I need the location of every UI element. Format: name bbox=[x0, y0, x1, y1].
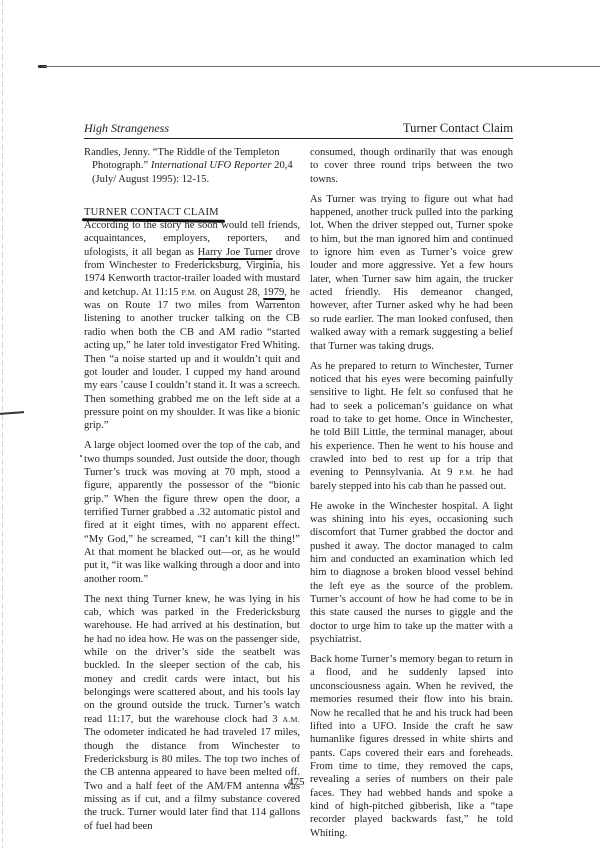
paragraph: A large object loomed over the top of th… bbox=[84, 439, 300, 586]
scan-edge-mark bbox=[2, 0, 3, 848]
paragraph: The next thing Turner knew, he was lying… bbox=[84, 593, 300, 833]
paragraph: Back home Turner’s memory began to retur… bbox=[310, 653, 513, 840]
page-number: 475 bbox=[288, 776, 305, 788]
paragraph: He awoke in the Winchester hospital. A l… bbox=[310, 500, 513, 647]
section-heading-text: TURNER CONTACT CLAIM bbox=[84, 207, 219, 218]
text: on August 28, bbox=[197, 287, 263, 298]
time-abbrev: A.M. bbox=[282, 715, 300, 724]
entry-title: Turner Contact Claim bbox=[403, 121, 513, 136]
left-column: Randles, Jenny. “The Riddle of the Templ… bbox=[84, 146, 300, 840]
paragraph: As Turner was trying to figure out what … bbox=[310, 193, 513, 353]
text: The odometer indicated he had traveled 1… bbox=[84, 727, 300, 831]
margin-pen-mark bbox=[0, 411, 24, 415]
margin-dot bbox=[80, 455, 82, 457]
running-header: High Strangeness Turner Contact Claim bbox=[84, 124, 513, 139]
reference-author: Randles, Jenny. bbox=[84, 147, 150, 158]
underlined-year: 1979 bbox=[263, 287, 284, 298]
text: , he was on Route 17 two miles from Warr… bbox=[84, 287, 300, 431]
underlined-name: Harry Joe Turner bbox=[198, 247, 273, 258]
bibliography-reference: Randles, Jenny. “The Riddle of the Templ… bbox=[84, 146, 300, 186]
paragraph: consumed, though ordinarily that was eno… bbox=[310, 146, 513, 186]
book-title: High Strangeness bbox=[84, 121, 169, 136]
right-column: consumed, though ordinarily that was eno… bbox=[310, 146, 513, 847]
text: The next thing Turner knew, he was lying… bbox=[84, 594, 300, 725]
reference-journal: International UFO Reporter bbox=[151, 160, 272, 171]
paragraph: As he prepared to return to Winchester, … bbox=[310, 360, 513, 493]
scan-top-rule bbox=[44, 66, 600, 67]
time-abbrev: P.M. bbox=[459, 468, 475, 477]
paragraph: According to the story he soon would tel… bbox=[84, 219, 300, 433]
section-heading: TURNER CONTACT CLAIM bbox=[84, 206, 219, 219]
time-abbrev: P.M. bbox=[181, 288, 197, 297]
text: As he prepared to return to Winchester, … bbox=[310, 361, 513, 479]
